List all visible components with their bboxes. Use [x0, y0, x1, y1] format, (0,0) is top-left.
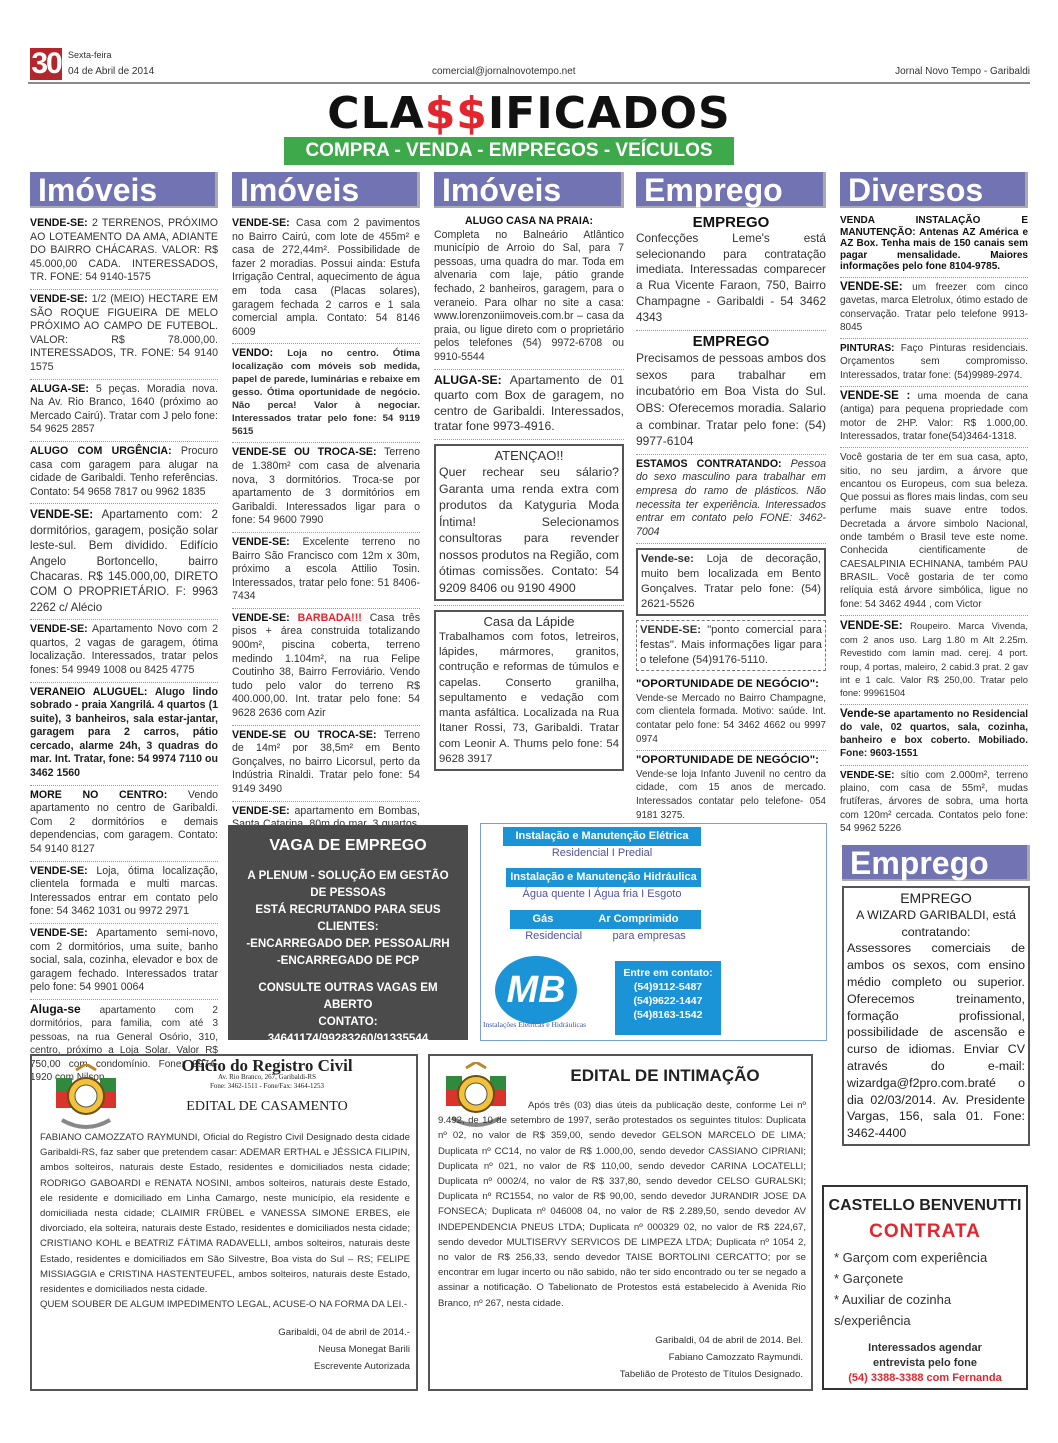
ad-box-ponto-comercial: VENDE-SE: "ponto comercial para festas".… [636, 620, 826, 671]
mb-logo-icon: MB [495, 956, 577, 1024]
ad-title: Casa da Lápide [439, 614, 619, 629]
list-item: VENDE-SE: sítio com 2.000m², terreno pla… [840, 766, 1028, 839]
ad-text: Confecções Leme's está selecionando para… [636, 231, 826, 326]
title-part: IFICADOS [488, 88, 731, 139]
contact-box: Entre em contato: (54)9112-5487 (54)9622… [615, 961, 721, 1035]
ad-box-loja-decoracao: Vende-se: Loja de decoração, muito bem l… [636, 548, 826, 616]
column-imoveis-3: Imóveis ALUGO CASA NA PRAIA: Completa no… [434, 172, 624, 775]
gas-label: Gás [533, 910, 554, 929]
contact-line: entrevista pelo fone [824, 1356, 1026, 1371]
ad-line: CONTATO: 34641174/99283260/91335544 [238, 1013, 458, 1047]
gas-sub: Residencial [525, 930, 582, 942]
contact-line: Interessados agendar [824, 1341, 1026, 1356]
list-item: Vende-se apartamento no Residencial do v… [840, 705, 1028, 766]
list-item: VENDE-SE: BARBADA!!! Casa três pisos + á… [232, 609, 420, 726]
signature-line: Neusa Monegat Barili [40, 1341, 410, 1358]
section-heading: Imóveis [434, 172, 624, 208]
edital-casamento: Ofício do Registro Civil Av. Rio Branco,… [30, 1054, 418, 1391]
ad-body: A PLENUM - SOLUÇÃO EM GESTÃO DE PESSOAS … [228, 867, 468, 1047]
ad-line: A PLENUM - SOLUÇÃO EM GESTÃO DE PESSOAS [238, 867, 458, 901]
list-item: VERANEIO ALUGUEL: Alugo lindo sobrado - … [30, 683, 218, 786]
positions-list: * Garçom com experiência * Garçonete * A… [824, 1247, 1026, 1331]
ad-line: -ENCARREGADO DEP. PESSOAL/RH [238, 935, 458, 952]
ad-title: EMPREGO [636, 334, 826, 351]
list-item: PINTURAS: Faço Pinturas residenciais. Or… [840, 339, 1028, 387]
ad-box-casa-da-lapide: Casa da Lápide Trabalhamos com fotos, le… [434, 610, 624, 771]
list-item: "OPORTUNIDADE DE NEGÓCIO":Vende-se loja … [636, 751, 826, 827]
ad-title: EMPREGO [636, 215, 826, 231]
ad-text: Assessores comerciais de ambos os sexos,… [847, 940, 1025, 1142]
section-heading: Emprego [842, 845, 1030, 881]
ads-list: EMPREGO Confecções Leme's está seleciona… [636, 212, 826, 827]
list-item: VENDE-SE OU TROCA-SE: Terreno de 14m² po… [232, 726, 420, 802]
service-sub: Residencial I Predial [503, 847, 701, 859]
title-dollars: $$ [425, 88, 488, 139]
edital-text: FABIANO CAMOZZATO RAYMUNDI, Oficial do R… [40, 1130, 410, 1297]
ar-sub: para empresas [612, 930, 685, 942]
list-item: EMPREGO Precisamos de pessoas ambos dos … [636, 331, 826, 455]
ad-box-wizard: EMPREGO A WIZARD GARIBALDI, está contrat… [842, 886, 1030, 1146]
edital-intimacao: EDITAL DE INTIMAÇÃO Após três (03) dias … [428, 1054, 813, 1391]
service-bar: Instalação e Manutenção Hidráulica [506, 868, 701, 887]
contact-phone: (54) 3388-3388 com Fernanda [824, 1371, 1026, 1386]
ad-text: Quer rechear seu sálario? Garanta uma re… [439, 464, 619, 596]
list-item: * Garçom com experiência [834, 1247, 1026, 1268]
ad-castello-benvenutti: CASTELLO BENVENUTTI CONTRATA * Garçom co… [822, 1185, 1028, 1390]
list-item: VENDE-SE: um freezer com cinco gavetas, … [840, 278, 1028, 339]
edital-title: EDITAL DE INTIMAÇÃO [525, 1068, 805, 1083]
ad-vaga-de-emprego: VAGA DE EMPREGO A PLENUM - SOLUÇÃO EM GE… [228, 825, 468, 1040]
contact-info: Interessados agendar entrevista pelo fon… [824, 1341, 1026, 1386]
list-item: Você gostaria de ter em sua casa, apto, … [840, 448, 1028, 616]
ad-line: -ENCARREGADO DE PCP [238, 952, 458, 969]
list-item: ALUGO COM URGÊNCIA: Procuro casa com gar… [30, 442, 218, 504]
contact-title: Entre em contato: [615, 966, 721, 980]
list-item: VENDE-SE: Loja, ótima localização, clien… [30, 862, 218, 924]
list-item: VENDE-SE: Casa com 2 pavimentos no Bairr… [232, 214, 420, 344]
ad-title: EMPREGO [847, 890, 1025, 907]
signature-line: Tabelião de Protesto de Títulos Designad… [620, 1366, 803, 1383]
service-bar: Instalação e Manutenção Elétrica [503, 827, 701, 846]
weekday: Sexta-feira [68, 50, 112, 60]
title-part: CLA [327, 88, 424, 139]
edital-title: EDITAL DE CASAMENTO [122, 1099, 412, 1114]
page-header: 30 Sexta-feira 04 de Abril de 2014 comer… [28, 48, 1030, 84]
list-item: EMPREGO Confecções Leme's está seleciona… [636, 212, 826, 331]
ads-list: VENDE-SE: Casa com 2 pavimentos no Bairr… [232, 214, 420, 891]
contrata-label: CONTRATA [824, 1221, 1026, 1243]
list-item: VENDO: Loja no centro. Ótima localização… [232, 344, 420, 443]
edital-warning: QUEM SOUBER DE ALGUM IMPEDIMENTO LEGAL, … [40, 1297, 410, 1312]
column-imoveis-1: Imóveis VENDE-SE: 2 TERRENOS, PRÓXIMO AO… [30, 172, 218, 1088]
list-item: VENDE-SE: 1/2 (MEIO) HECTARE EM SÃO ROQU… [30, 290, 218, 380]
list-item: MORE NO CENTRO: Vendo apartamento no cen… [30, 786, 218, 862]
signature-line: Escrevente Autorizada [40, 1358, 410, 1375]
company-name: CASTELLO BENVENUTTI [824, 1197, 1026, 1215]
service-bar: GásAr Comprimido [510, 910, 701, 929]
list-item: VENDE-SE: Excelente terreno no Bairro Sã… [232, 533, 420, 609]
office-phones: Fone: 3462-1511 - Fone/Fax: 3464-1253 [122, 1082, 412, 1091]
signature-line: Garibaldi, 04 de abril de 2014.- [40, 1324, 410, 1341]
list-item: VENDE-SE: Apartamento Novo com 2 quartos… [30, 620, 218, 682]
list-item: ALUGA-SE: Apartamento de 01 quarto com B… [434, 370, 624, 440]
ad-title: VAGA DE EMPREGO [228, 837, 468, 855]
column-emprego-2: Emprego EMPREGO A WIZARD GARIBALDI, está… [842, 845, 1030, 1150]
section-heading: Imóveis [30, 172, 218, 208]
ads-list: ALUGO CASA NA PRAIA: Completa no Balneár… [434, 212, 624, 771]
masthead-subtitle: COMPRA - VENDA - EMPREGOS - VEÍCULOS [284, 137, 734, 165]
ad-text: Trabalhamos com fotos, letreiros, lápide… [439, 630, 619, 768]
phone: (54)9112-5487 [615, 980, 721, 994]
service-sub: Residencialpara empresas [510, 930, 701, 942]
contact-email[interactable]: comercial@jornalnovotempo.net [432, 66, 576, 77]
signature: Garibaldi, 04 de abril de 2014.- Neusa M… [40, 1324, 410, 1375]
list-item: VENDE-SE: 2 TERRENOS, PRÓXIMO AO LOTEAME… [30, 214, 218, 290]
ads-list: VENDA INSTALAÇÃO E MANUTENÇÃO: Antenas A… [840, 212, 1028, 839]
column-diversos: Diversos VENDA INSTALAÇÃO E MANUTENÇÃO: … [840, 172, 1028, 839]
list-item: * Auxiliar de cozinha s/experiência [834, 1289, 1026, 1331]
signature: Garibaldi, 04 de abril de 2014. Bel. Fab… [620, 1332, 803, 1383]
edital-body: FABIANO CAMOZZATO RAYMUNDI, Oficial do R… [40, 1130, 410, 1375]
office-header: Ofício do Registro Civil Av. Rio Branco,… [122, 1058, 412, 1114]
issue-date: 04 de Abril de 2014 [68, 66, 154, 77]
ad-line: ESTÁ RECRUTANDO PARA SEUS CLIENTES: [238, 901, 458, 935]
office-address: Av. Rio Branco, 267, Garibaldi-RS [122, 1073, 412, 1082]
list-item: VENDE-SE: Roupeiro. Marca Vivenda, com 2… [840, 616, 1028, 705]
ads-list: VENDE-SE: 2 TERRENOS, PRÓXIMO AO LOTEAME… [30, 214, 218, 1088]
section-heading: Emprego [636, 172, 826, 208]
list-item: * Garçonete [834, 1268, 1026, 1289]
list-item: VENDE-SE: Apartamento semi-novo, com 2 d… [30, 924, 218, 1000]
masthead-title: CLA$$IFICADOS [0, 92, 1058, 136]
list-item: VENDA INSTALAÇÃO E MANUTENÇÃO: Antenas A… [840, 212, 1028, 278]
phone: (54)9622-1447 [615, 994, 721, 1008]
ad-line: CONSULTE OUTRAS VAGAS EM ABERTO [238, 979, 458, 1013]
column-emprego: Emprego EMPREGO Confecções Leme's está s… [636, 172, 826, 827]
list-item: "OPORTUNIDADE DE NEGÓCIO":Vende-se Merca… [636, 675, 826, 751]
section-heading: Imóveis [232, 172, 420, 208]
service-sub: Água quente I Água fria I Esgoto [503, 888, 701, 900]
ad-title: ALUGO CASA NA PRAIA: [434, 215, 624, 229]
edital-text: Após três (03) dias úteis da publicação … [438, 1098, 806, 1311]
list-item: VENDE-SE : uma moenda de cana (antiga) p… [840, 387, 1028, 448]
logo-caption: Instalações Elétricas e Hidráulicas [483, 1020, 603, 1029]
list-item: VENDE-SE: Apartamento com: 2 dormitórios… [30, 504, 218, 620]
rs-coat-of-arms-icon [52, 1064, 120, 1136]
list-item: ALUGA-SE: 5 peças. Moradia nova. Na Av. … [30, 380, 218, 442]
signature-line: Fabiano Camozzato Raymundi. [620, 1349, 803, 1366]
highlight-barbada: BARBADA!!! [298, 612, 362, 624]
list-item: VENDE-SE OU TROCA-SE: Terreno de 1.380m²… [232, 443, 420, 533]
ad-text: Precisamos de pessoas ambos dos sexos pa… [636, 350, 826, 450]
list-item: ALUGO CASA NA PRAIA: Completa no Balneár… [434, 212, 624, 370]
office-name: Ofício do Registro Civil [122, 1058, 412, 1073]
signature-line: Garibaldi, 04 de abril de 2014. Bel. [620, 1332, 803, 1349]
ad-box-atencao: ATENÇAO!! Quer rechear seu sálario? Gara… [434, 444, 624, 602]
list-item: ESTAMOS CONTRATANDO: Pessoa do sexo masc… [636, 455, 826, 545]
newspaper-name: Jornal Novo Tempo - Garibaldi [895, 66, 1030, 77]
column-imoveis-2: Imóveis VENDE-SE: Casa com 2 pavimentos … [232, 172, 420, 891]
ad-intro: A WIZARD GARIBALDI, está contratando: [847, 907, 1025, 941]
page-number: 30 [30, 48, 62, 80]
ad-mb-instalacoes: Instalação e Manutenção Elétrica Residen… [480, 823, 827, 1041]
phone: (54)8163-1542 [615, 1008, 721, 1022]
ar-label: Ar Comprimido [598, 910, 678, 929]
section-heading: Diversos [840, 172, 1028, 208]
ad-text: Completa no Balneário Atlântico municípi… [434, 229, 624, 365]
divider [434, 605, 624, 606]
ad-title: ATENÇAO!! [439, 448, 619, 465]
